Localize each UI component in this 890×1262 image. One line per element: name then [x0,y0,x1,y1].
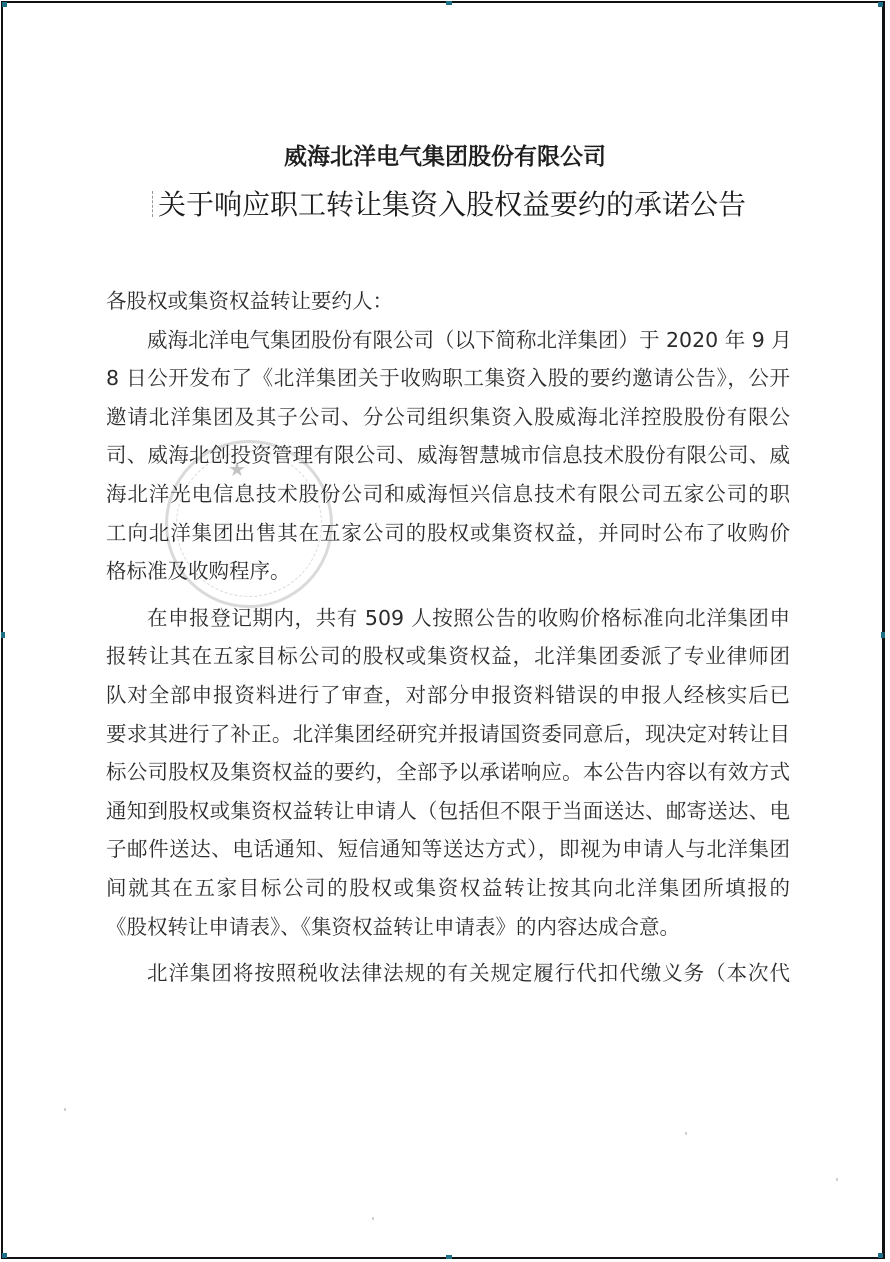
paragraph-line: 要求其进行了补正。北洋集团经研究并报请国资委同意后，现决定对转让目 [106,715,790,754]
paragraph-line: 间就其在五家目标公司的股权或集资权益转让按其向北洋集团所填报的 [106,869,790,908]
paragraph-line: 格标准及收购程序。 [106,552,790,591]
paragraph-2: 在申报登记期内，共有 509 人按照公告的收购价格标准向北洋集团申 报转让其在五… [106,599,790,946]
paragraph-line: 子邮件送达、电话通知、短信通知等送达方式），即视为申请人与北洋集团 [106,830,790,869]
paragraph-line: 标公司股权及集资权益的要约，全部予以承诺响应。本公告内容以有效方式 [106,753,790,792]
paragraph-line: 邀请北洋集团及其子公司、分公司组织集资入股威海北洋控股股份有限公 [106,398,790,437]
announcement-body: 各股权或集资权益转让要约人： 威海北洋电气集团股份有限公司（以下简称北洋集团）于… [106,282,790,993]
announcement-title: 关于响应职工转让集资入股权益要约的承诺公告 [0,183,890,223]
salutation: 各股权或集资权益转让要约人： [106,282,790,321]
paragraph-line: 在申报登记期内，共有 509 人按照公告的收购价格标准向北洋集团申 [106,599,790,638]
resize-handle-top-left[interactable] [2,2,7,7]
paragraph-line: 《股权转让申请表》、《集资权益转让申请表》的内容达成合意。 [106,908,790,947]
paragraph-gap [106,591,790,599]
resize-handle-middle-left[interactable] [1,632,5,638]
resize-handle-bottom-left[interactable] [2,1253,7,1258]
paragraph-line: 通知到股权或集资权益转让申请人（包括但不限于当面送达、邮寄送达、电 [106,792,790,831]
scan-speck [836,1178,838,1181]
resize-handle-top-middle[interactable] [446,1,452,5]
paragraph-line: 工向北洋集团出售其在五家公司的股权或集资权益，并同时公布了收购价 [106,514,790,553]
resize-handle-middle-right[interactable] [881,632,885,638]
resize-handle-bottom-right[interactable] [878,1253,883,1258]
paragraph-line: 8 日公开发布了《北洋集团关于收购职工集资入股的要约邀请公告》，公开 [106,359,790,398]
paragraph-line: 海北洋光电信息技术股份公司和威海恒兴信息技术有限公司五家公司的职 [106,475,790,514]
scan-speck [372,1217,374,1220]
paragraph-line: 威海北洋电气集团股份有限公司（以下简称北洋集团）于 2020 年 9 月 [106,321,790,360]
scan-speck [64,1108,66,1111]
paragraph-1: 威海北洋电气集团股份有限公司（以下简称北洋集团）于 2020 年 9 月 8 日… [106,321,790,591]
paragraph-line: 北洋集团将按照税收法律法规的有关规定履行代扣代缴义务（本次代 [106,954,790,993]
company-name-heading: 威海北洋电气集团股份有限公司 [0,138,890,171]
paragraph-3: 北洋集团将按照税收法律法规的有关规定履行代扣代缴义务（本次代 [106,954,790,993]
scan-speck [685,1132,687,1135]
resize-handle-top-right[interactable] [878,2,883,7]
resize-handle-bottom-middle[interactable] [446,1255,452,1259]
announcement-title-text: 关于响应职工转让集资入股权益要约的承诺公告 [158,188,746,221]
text-cursor-mark [152,191,154,217]
paragraph-line: 司、威海北创投资管理有限公司、威海智慧城市信息技术股份有限公司、威 [106,436,790,475]
paragraph-line: 报转让其在五家目标公司的股权或集资权益，北洋集团委派了专业律师团 [106,637,790,676]
paragraph-line: 队对全部申报资料进行了审查，对部分申报资料错误的申报人经核实后已 [106,676,790,715]
paragraph-gap [106,946,790,954]
